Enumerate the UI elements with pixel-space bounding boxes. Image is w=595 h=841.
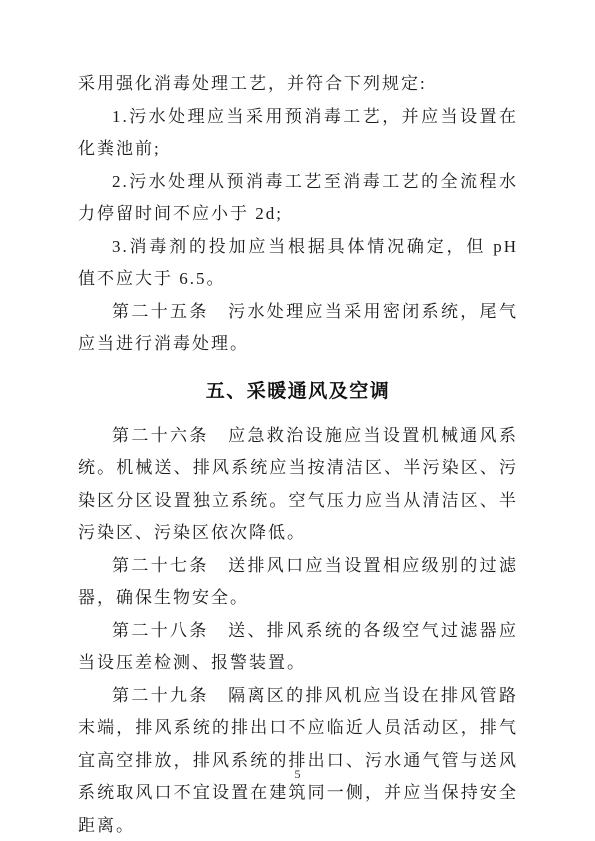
page-number: 5 xyxy=(0,766,595,782)
paragraph: 第二十六条 应急救治设施应当设置机械通风系统。机械送、排风系统应当按清洁区、半污… xyxy=(78,420,518,550)
paragraph: 第二十九条 隔离区的排风机应当设在排风管路末端，排风系统的排出口不应临近人员活动… xyxy=(78,680,518,841)
paragraph: 第二十七条 送排风口应当设置相应级别的过滤器，确保生物安全。 xyxy=(78,550,518,615)
paragraph: 第二十八条 送、排风系统的各级空气过滤器应当设压差检测、报警装置。 xyxy=(78,615,518,680)
paragraph: 3.消毒剂的投加应当根据具体情况确定，但 pH 值不应大于 6.5。 xyxy=(78,231,518,296)
paragraph: 1.污水处理应当采用预消毒工艺，并应当设置在化粪池前; xyxy=(78,101,518,166)
section-heading: 五、采暖通风及空调 xyxy=(78,375,518,408)
document-content: 采用强化消毒处理工艺，并符合下列规定:1.污水处理应当采用预消毒工艺，并应当设置… xyxy=(78,68,518,841)
paragraph: 第二十五条 污水处理应当采用密闭系统，尾气应当进行消毒处理。 xyxy=(78,296,518,361)
paragraph: 2.污水处理从预消毒工艺至消毒工艺的全流程水力停留时间不应小于 2d; xyxy=(78,166,518,231)
document-page: 采用强化消毒处理工艺，并符合下列规定:1.污水处理应当采用预消毒工艺，并应当设置… xyxy=(0,0,595,841)
paragraph: 采用强化消毒处理工艺，并符合下列规定: xyxy=(78,68,518,101)
